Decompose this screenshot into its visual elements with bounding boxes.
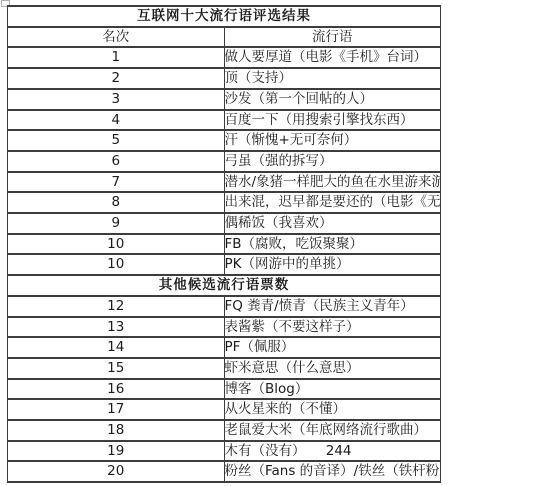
table-row: 1做人要厚道（电影《手机》台词）: [8, 47, 441, 68]
table-row: 5汗（惭愧+无可奈何）: [8, 130, 441, 151]
phrase-cell: 木有（没有） 244: [224, 441, 441, 462]
table-row: 3沙发（第一个回帖的人）: [8, 89, 441, 110]
phrase-cell: 沙发（第一个回帖的人）: [224, 89, 441, 110]
section-header-body: 其他候选流行语票数: [8, 275, 441, 296]
rank-cell: 4: [8, 110, 225, 131]
phrase-cell: 做人要厚道（电影《手机》台词）: [224, 47, 441, 68]
table-row: 12FQ 粪青/愤青（民族主义青年）: [8, 296, 441, 317]
rank-cell: 1: [8, 47, 225, 68]
phrase-cell: 偶稀饭（我喜欢）: [224, 213, 441, 234]
table-head-section: 互联网十大流行语评选结果 名次 流行语: [8, 6, 441, 47]
phrase-cell: 顶（支持）: [224, 68, 441, 89]
table-row: 16博客（Blog）: [8, 379, 441, 400]
rank-cell: 10: [8, 234, 225, 255]
column-header-rank: 名次: [8, 27, 225, 48]
phrase-cell: 老鼠爱大米（年底网络流行歌曲）: [224, 420, 441, 441]
phrase-cell: PF（佩服）: [224, 337, 441, 358]
phrase-cell: FB（腐败，吃饭聚聚）: [224, 234, 441, 255]
rank-cell: 8: [8, 192, 225, 213]
table-title-row: 互联网十大流行语评选结果: [8, 6, 441, 27]
rank-cell: 14: [8, 337, 225, 358]
rank-cell: 19: [8, 441, 225, 462]
table-row: 2顶（支持）: [8, 68, 441, 89]
rank-cell: 10: [8, 254, 225, 275]
table-row: 15虾米意思（什么意思）: [8, 358, 441, 379]
rank-cell: 18: [8, 420, 225, 441]
phrase-cell: 汗（惭愧+无可奈何）: [224, 130, 441, 151]
rank-cell: 12: [8, 296, 225, 317]
table-row: 10FB（腐败，吃饭聚聚）: [8, 234, 441, 255]
phrase-cell: 百度一下（用搜索引擎找东西）: [224, 110, 441, 131]
rank-cell: 6: [8, 151, 225, 172]
rank-cell: 15: [8, 358, 225, 379]
phrase-cell: 粉丝（Fans 的音译）/铁丝（铁杆粉丝）: [224, 461, 441, 482]
rank-cell: 5: [8, 130, 225, 151]
phrase-cell: 潜水/象猪一样肥大的鱼在水里游来游去（看贴不回贴）: [224, 172, 441, 193]
column-header-phrase: 流行语: [224, 27, 441, 48]
table-row: 13表酱紫（不要这样子）: [8, 317, 441, 338]
table-title: 互联网十大流行语评选结果: [8, 6, 441, 27]
table-row: 4百度一下（用搜索引擎找东西）: [8, 110, 441, 131]
phrase-cell: PK（网游中的单挑）: [224, 254, 441, 275]
other-rows-body: 12FQ 粪青/愤青（民族主义青年）13表酱紫（不要这样子）14PF（佩服）15…: [8, 296, 441, 482]
table-row: 14PF（佩服）: [8, 337, 441, 358]
rank-cell: 3: [8, 89, 225, 110]
phrase-cell: 虾米意思（什么意思）: [224, 358, 441, 379]
table-row: 20粉丝（Fans 的音译）/铁丝（铁杆粉丝）: [8, 461, 441, 482]
rank-cell: 7: [8, 172, 225, 193]
table-row: 7潜水/象猪一样肥大的鱼在水里游来游去（看贴不回贴）: [8, 172, 441, 193]
rank-cell: 16: [8, 379, 225, 400]
table-row: 19木有（没有） 244: [8, 441, 441, 462]
table-row: 8出来混，迟早都是要还的（电影《无间道》台词）: [8, 192, 441, 213]
phrase-cell: 博客（Blog）: [224, 379, 441, 400]
rank-cell: 20: [8, 461, 225, 482]
phrase-cell: 弓虽（强的拆写）: [224, 151, 441, 172]
rank-cell: 17: [8, 399, 225, 420]
phrase-cell: 出来混，迟早都是要还的（电影《无间道》台词）: [224, 192, 441, 213]
phrase-cell: 从火星来的（不懂）: [224, 399, 441, 420]
rank-cell: 9: [8, 213, 225, 234]
table-row: 9偶稀饭（我喜欢）: [8, 213, 441, 234]
popular-phrases-table: 互联网十大流行语评选结果 名次 流行语 1做人要厚道（电影《手机》台词）2顶（支…: [7, 5, 441, 483]
section-title: 其他候选流行语票数: [8, 275, 441, 296]
section-header-row: 其他候选流行语票数: [8, 275, 441, 296]
phrase-cell: FQ 粪青/愤青（民族主义青年）: [224, 296, 441, 317]
top-rows-body: 1做人要厚道（电影《手机》台词）2顶（支持）3沙发（第一个回帖的人）4百度一下（…: [8, 47, 441, 275]
table-row: 17从火星来的（不懂）: [8, 399, 441, 420]
table-row: 10PK（网游中的单挑）: [8, 254, 441, 275]
phrase-cell: 表酱紫（不要这样子）: [224, 317, 441, 338]
table-row: 18老鼠爱大米（年底网络流行歌曲）: [8, 420, 441, 441]
table-row: 6弓虽（强的拆写）: [8, 151, 441, 172]
column-header-row: 名次 流行语: [8, 27, 441, 48]
rank-cell: 13: [8, 317, 225, 338]
rank-cell: 2: [8, 68, 225, 89]
